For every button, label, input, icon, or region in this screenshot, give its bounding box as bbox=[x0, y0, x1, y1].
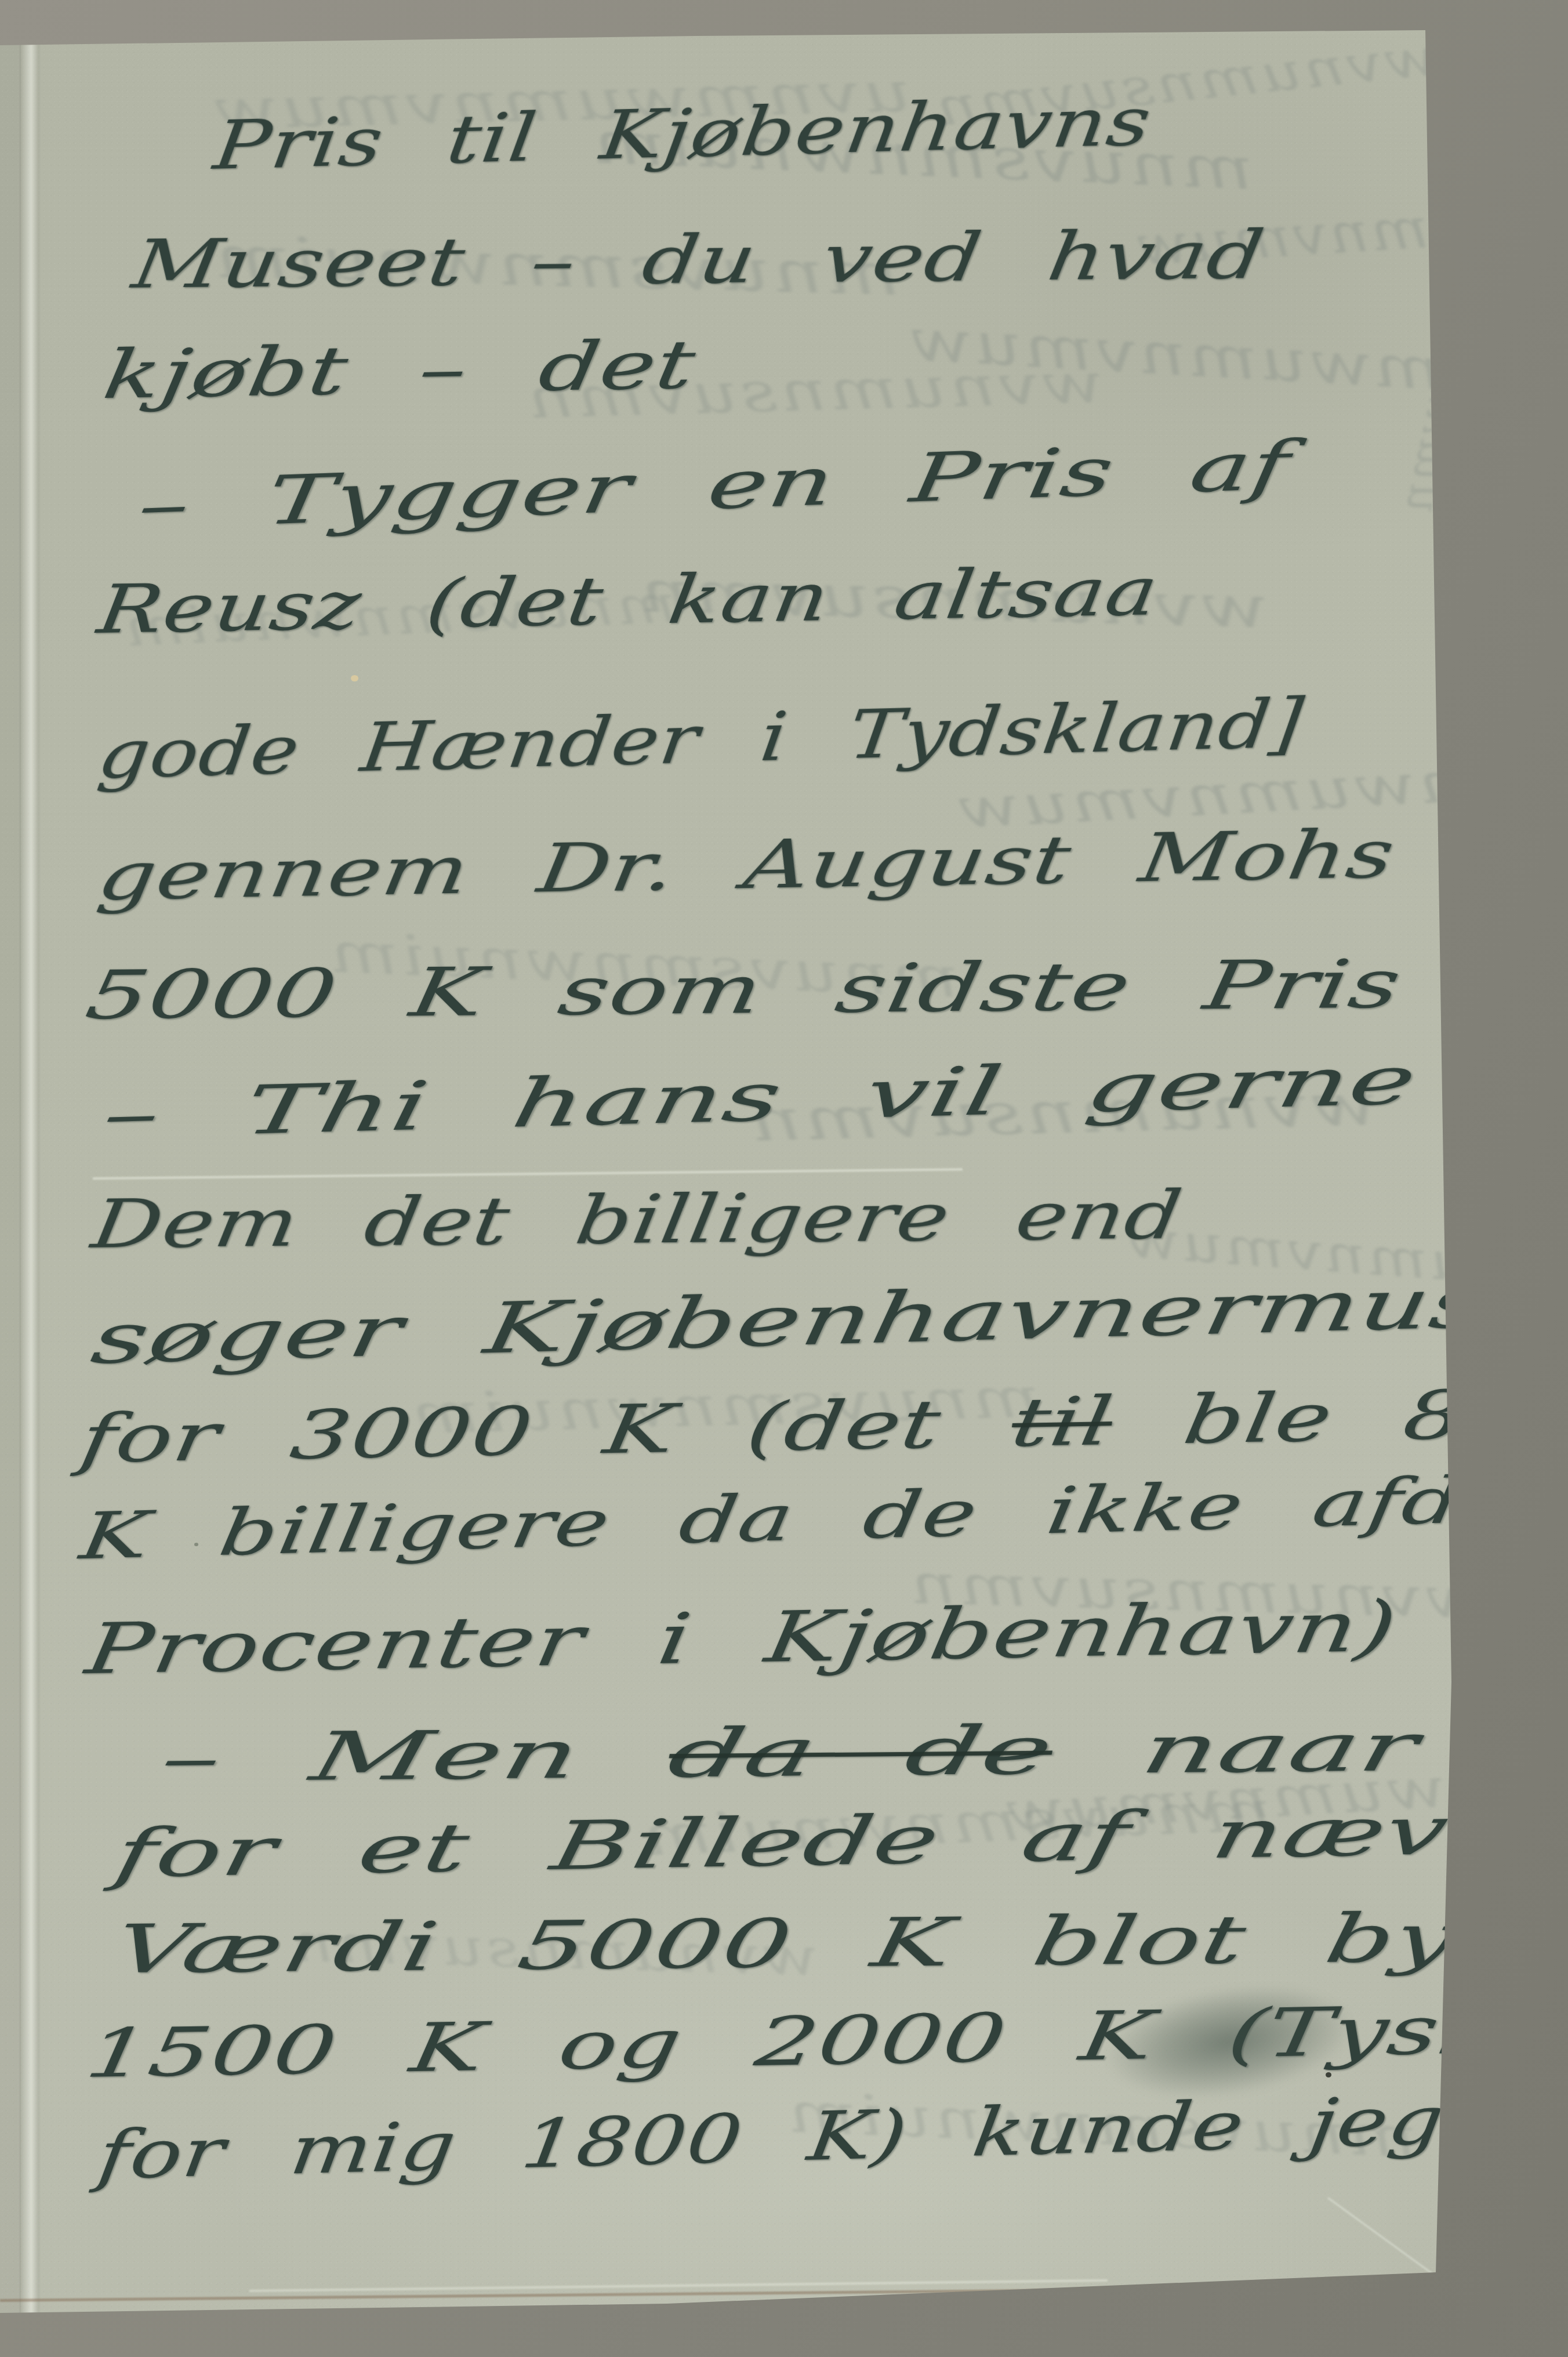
letter-page: uvnmwumnvmuw mnuvsmnwnuim wvnumnsuvmn uv… bbox=[0, 0, 1568, 2357]
struck-words: da de bbox=[662, 1711, 1061, 1793]
handwriting-line-3: kjøbt – det bbox=[99, 326, 701, 414]
handwriting-line-10: Dem det billigere end bbox=[87, 1177, 1188, 1264]
scanned-letter-on-mat: uvnmwumnvmuw mnuvsmnwnuim wvnumnsuvmn uv… bbox=[0, 0, 1568, 2357]
struck-word: til bbox=[1007, 1383, 1119, 1462]
handwriting-line-8: 5000 K som sidste Pris bbox=[81, 945, 1407, 1035]
line-text-pre: – Men bbox=[154, 1715, 678, 1797]
paper-speck bbox=[351, 675, 358, 681]
line-text-post: ble 800 bbox=[1106, 1375, 1568, 1461]
handwriting-line-15: – Men da de naar de bbox=[154, 1706, 1568, 1797]
paper-speck bbox=[1326, 2072, 1331, 2077]
line-text-pre: for 3000 K (det bbox=[75, 1384, 1019, 1478]
line-text: Dem det billigere end bbox=[87, 1177, 1188, 1264]
handwriting-line-17: Værdi 5000 K blot bydes bbox=[109, 1898, 1568, 1989]
line-text: Museet – du ved hvad bbox=[128, 216, 1269, 304]
line-text: kjøbt – det bbox=[99, 326, 701, 414]
handwriting-line-2: Museet – du ved hvad bbox=[128, 216, 1269, 304]
left-edge-shading bbox=[0, 0, 21, 2357]
line-text: Værdi 5000 K blot bydes bbox=[109, 1898, 1568, 1989]
line-text: 5000 K som sidste Pris bbox=[81, 945, 1407, 1035]
bleedthrough-text: uvnmwumnvmuw bbox=[1436, 1359, 1551, 1751]
fold-crease-vertical bbox=[20, 0, 39, 2357]
line-text-post: naar de bbox=[1044, 1706, 1568, 1789]
